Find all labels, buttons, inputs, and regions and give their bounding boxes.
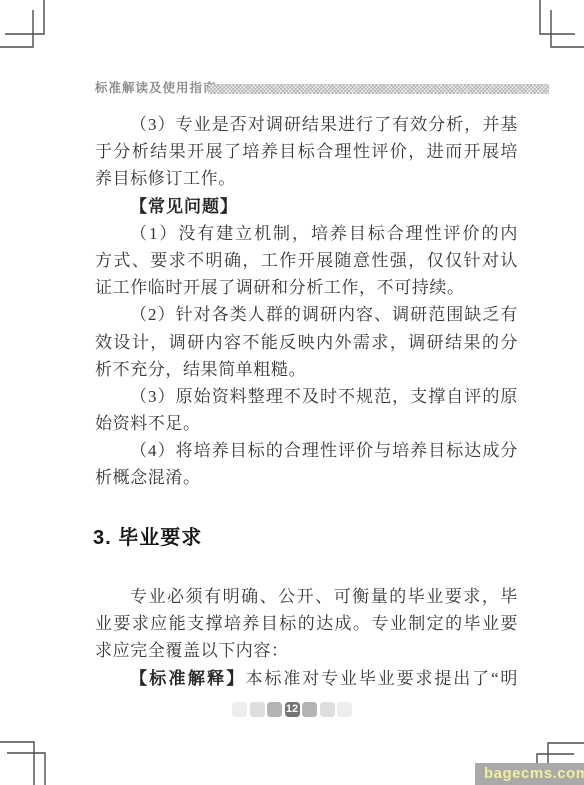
watermark-stamp: bagecms.com bbox=[475, 763, 584, 785]
current-page-number: 12 bbox=[285, 702, 300, 717]
header-decor-bar bbox=[208, 84, 549, 94]
paragraph-line: 专业必须有明确、公开、可衡量的毕业要求，毕 bbox=[95, 583, 518, 610]
paragraph-line: （3）原始资料整理不及时不规范，支撑自评的原 bbox=[95, 383, 518, 410]
running-header-title: 标准解读及使用指南 bbox=[95, 81, 217, 95]
paragraph-line: 证工作临时开展了调研和分析工作，不可持续。 bbox=[95, 274, 518, 301]
pager-square bbox=[337, 702, 352, 717]
pager-square bbox=[320, 702, 335, 717]
section-heading: 3. 毕业要求 bbox=[93, 523, 202, 553]
paragraph-line: （3）专业是否对调研结果进行了有效分析，并基 bbox=[95, 111, 518, 138]
body-text-block-1: （3）专业是否对调研结果进行了有效分析，并基 于分析结果开展了培养目标合理性评价… bbox=[95, 111, 518, 492]
paragraph-line: 析概念混淆。 bbox=[95, 464, 518, 491]
paragraph-line: （4）将培养目标的合理性评价与培养目标达成分 bbox=[95, 437, 518, 464]
paragraph-line: 始资料不足。 bbox=[95, 410, 518, 437]
page-number-indicator: 12 bbox=[232, 702, 352, 717]
paragraph-line: （2）针对各类人群的调研内容、调研范围缺乏有 bbox=[95, 301, 518, 328]
pager-square bbox=[267, 702, 282, 717]
paragraph-line: 于分析结果开展了培养目标合理性评价，进而开展培 bbox=[95, 138, 518, 165]
common-problems-label: 【常见问题】 bbox=[95, 193, 518, 220]
paragraph-line: 业要求应能支撑培养目标的达成。专业制定的毕业要 bbox=[95, 610, 518, 637]
standard-explanation-label: 【标准解释】 bbox=[130, 669, 246, 688]
paragraph-line: 析不充分，结果简单粗糙。 bbox=[95, 356, 518, 383]
pager-square bbox=[250, 702, 265, 717]
paragraph-line: 养目标修订工作。 bbox=[95, 165, 518, 192]
pager-square bbox=[232, 702, 247, 717]
paragraph-text: 本标准对专业毕业要求提出了“明 bbox=[246, 669, 518, 688]
pager-square bbox=[302, 702, 317, 717]
paragraph-line: 【标准解释】本标准对专业毕业要求提出了“明 bbox=[95, 665, 518, 692]
paragraph-line: （1）没有建立机制，培养目标合理性评价的内容、 bbox=[95, 220, 518, 247]
paragraph-line: 效设计，调研内容不能反映内外需求，调研结果的分 bbox=[95, 329, 518, 356]
paragraph-line: 方式、要求不明确，工作开展随意性强，仅仅针对认 bbox=[95, 247, 518, 274]
body-text-block-2: 专业必须有明确、公开、可衡量的毕业要求，毕 业要求应能支撑培养目标的达成。专业制… bbox=[95, 583, 518, 692]
paragraph-line: 求应完全覆盖以下内容： bbox=[95, 637, 518, 664]
book-page: 标准解读及使用指南 （3）专业是否对调研结果进行了有效分析，并基 于分析结果开展… bbox=[0, 0, 584, 785]
